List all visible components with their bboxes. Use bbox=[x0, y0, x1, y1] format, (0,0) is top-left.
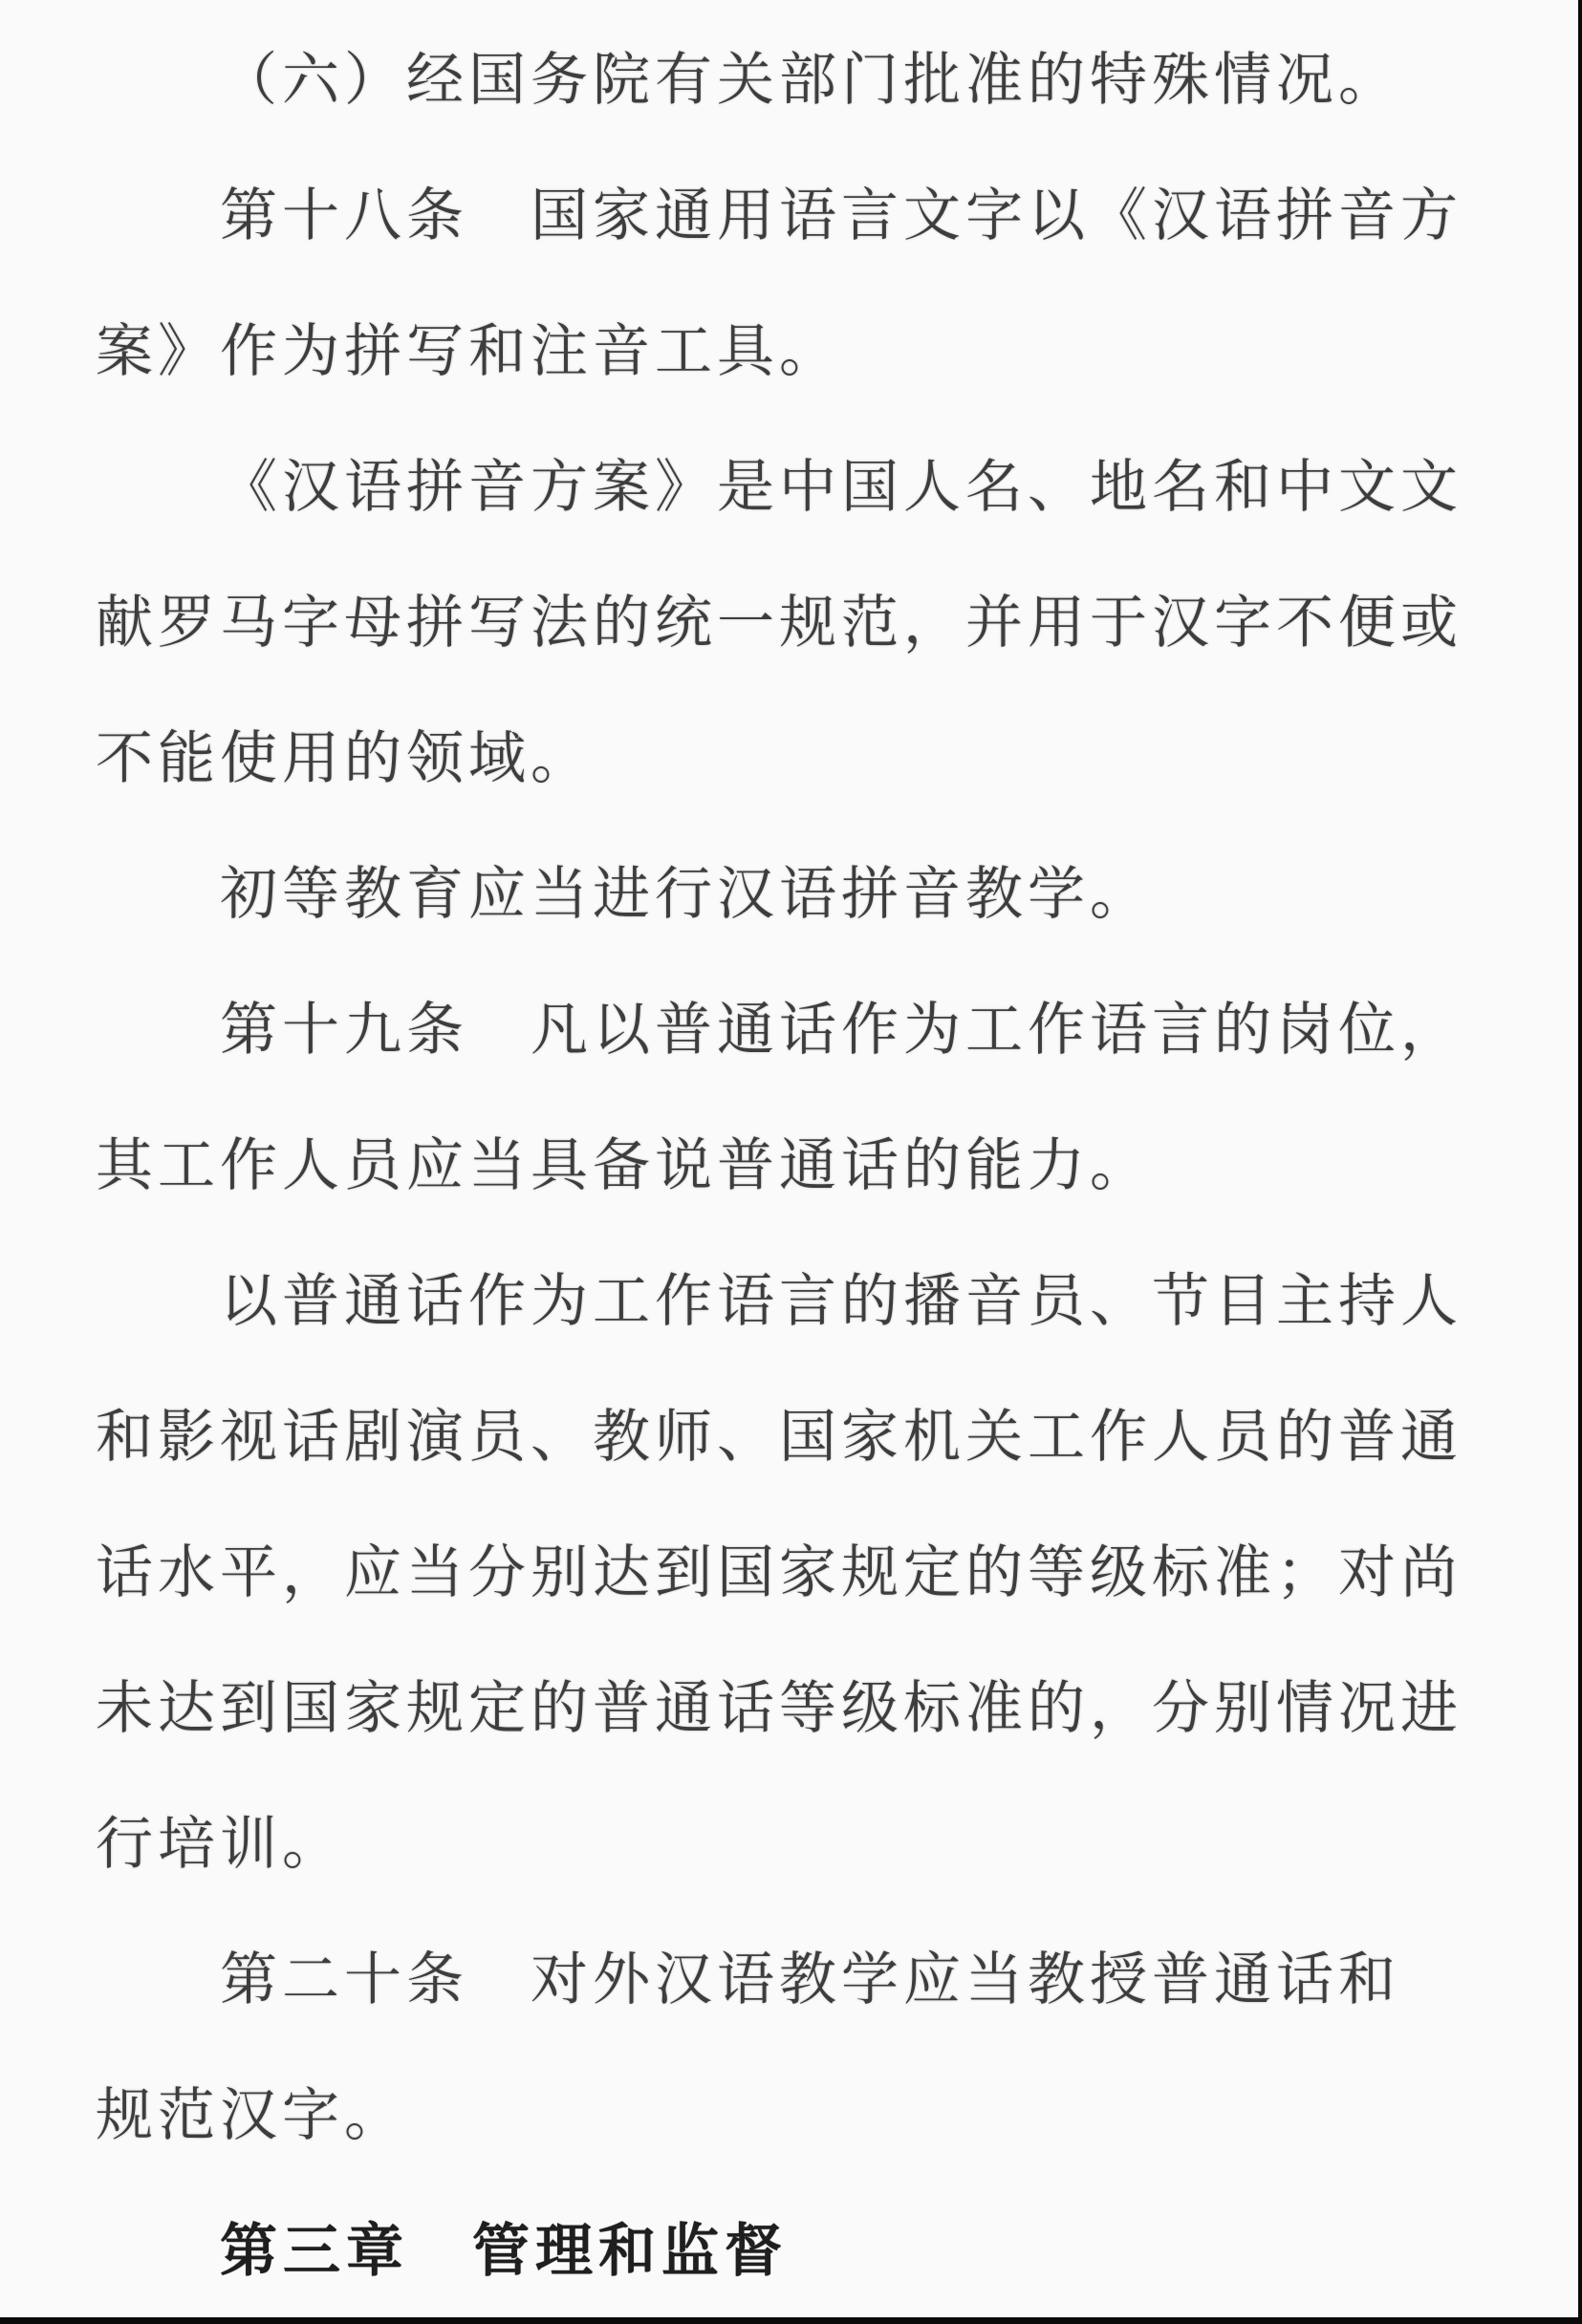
text-line: 《汉语拼音方案》是中国人名、地名和中文文 bbox=[96, 420, 1463, 555]
chapter-heading: 第三章 管理和监督 bbox=[96, 2184, 1463, 2319]
text-line: 和影视话剧演员、教师、国家机关工作人员的普通 bbox=[96, 1369, 1463, 1505]
text-line: 话水平，应当分别达到国家规定的等级标准；对尚 bbox=[96, 1505, 1463, 1641]
text-line: 其工作人员应当具备说普通话的能力。 bbox=[96, 1098, 1463, 1234]
document-body: （六）经国务院有关部门批准的特殊情况。第十八条 国家通用语言文字以《汉语拼音方案… bbox=[96, 12, 1463, 2319]
text-line: 以普通话作为工作语言的播音员、节目主持人 bbox=[96, 1234, 1463, 1369]
text-line: 不能使用的领域。 bbox=[96, 691, 1463, 827]
text-line: 第十九条 凡以普通话作为工作语言的岗位， bbox=[96, 962, 1463, 1098]
text-line: 第二十条 对外汉语教学应当教授普通话和 bbox=[96, 1912, 1463, 2048]
text-line: 第十八条 国家通用语言文字以《汉语拼音方 bbox=[96, 148, 1463, 284]
text-line: 案》作为拼写和注音工具。 bbox=[96, 284, 1463, 420]
page-right-edge-line bbox=[1578, 0, 1582, 2324]
page-bottom-edge-bar bbox=[0, 2317, 1582, 2324]
text-line: 初等教育应当进行汉语拼音教学。 bbox=[96, 827, 1463, 962]
text-line: 献罗马字母拼写法的统一规范，并用于汉字不便或 bbox=[96, 555, 1463, 691]
text-line: 行培训。 bbox=[96, 1776, 1463, 1912]
text-line: 规范汉字。 bbox=[96, 2048, 1463, 2184]
text-line: （六）经国务院有关部门批准的特殊情况。 bbox=[96, 12, 1463, 148]
document-page: （六）经国务院有关部门批准的特殊情况。第十八条 国家通用语言文字以《汉语拼音方案… bbox=[0, 0, 1582, 2324]
text-line: 未达到国家规定的普通话等级标准的，分别情况进 bbox=[96, 1641, 1463, 1776]
